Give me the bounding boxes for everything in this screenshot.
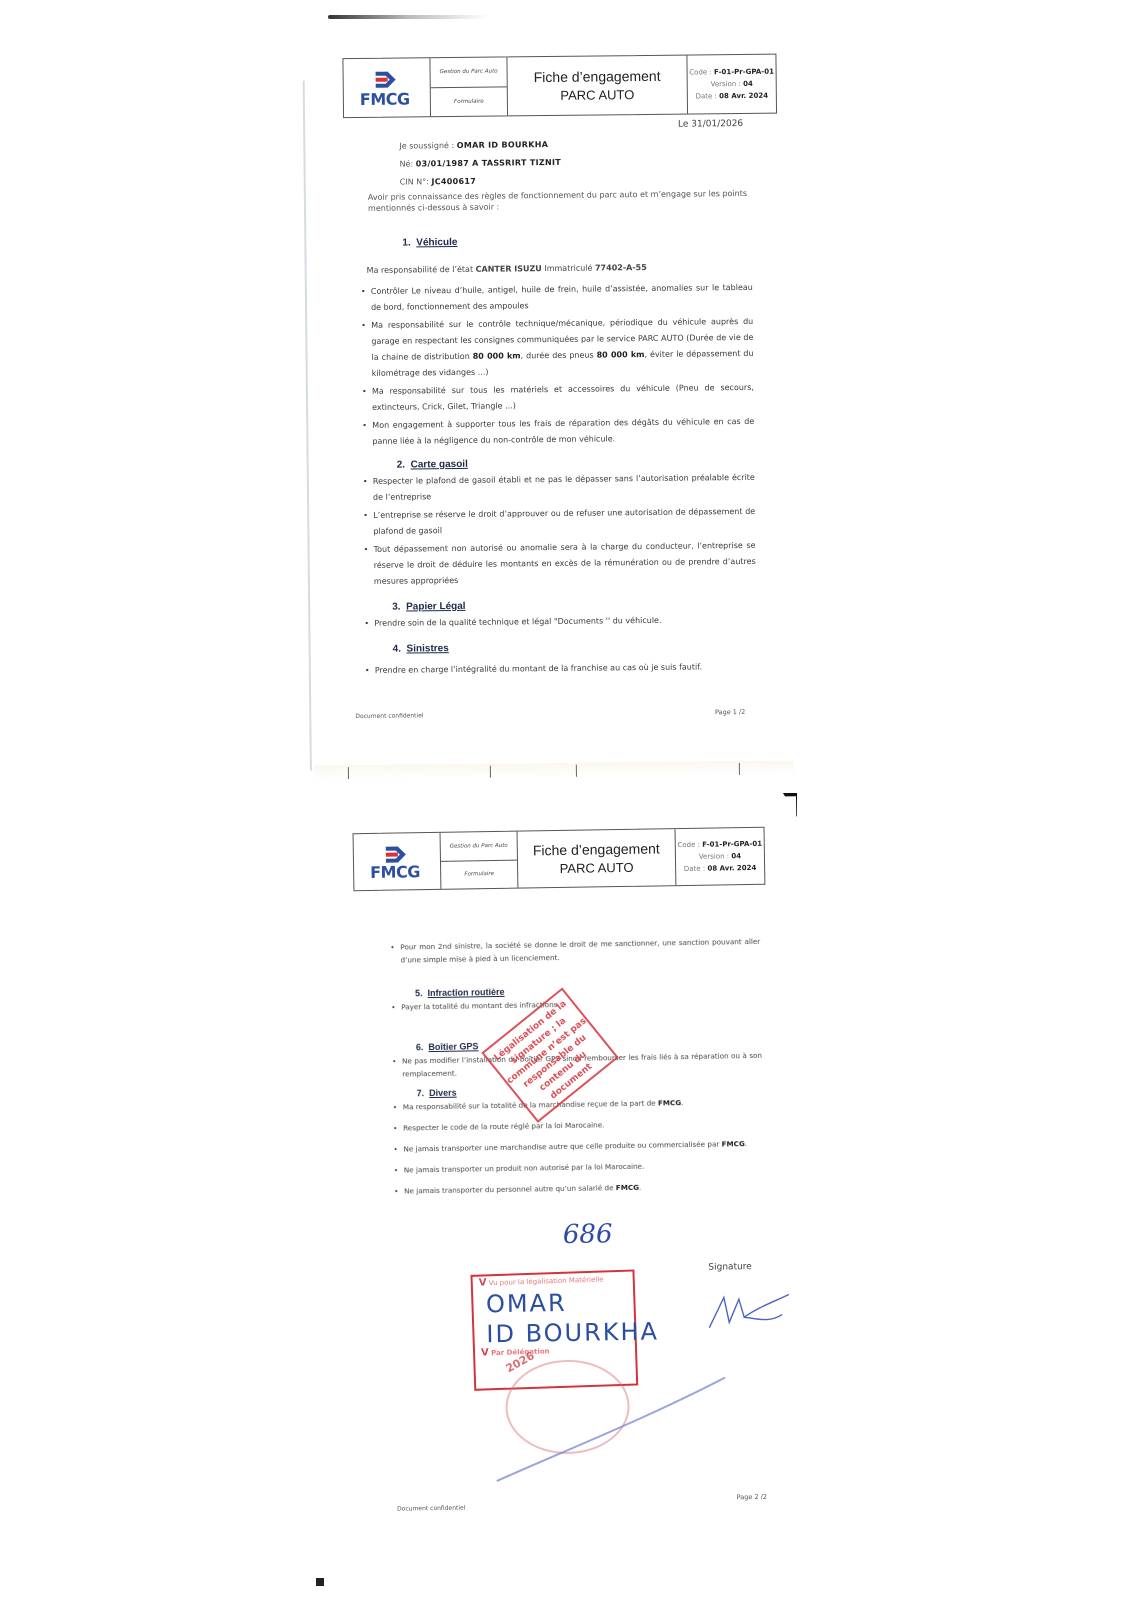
department-label: Gestion du Parc Auto	[430, 57, 506, 87]
section-7-list: Ma responsabilité sur la totalité de la …	[393, 1095, 765, 1206]
document-title: Fiche d’engagement PARC AUTO	[507, 56, 688, 116]
doc-code: F-01-Pr-GPA-01	[714, 68, 774, 77]
doc-version: 04	[743, 80, 753, 88]
document-meta: Code : F-01-Pr-GPA-01 Version : 04 Date …	[687, 55, 776, 114]
list-item: Prendre en charge l’intégralité du monta…	[365, 659, 757, 679]
list-item: L’entreprise se réserve le droit d’appro…	[363, 504, 755, 540]
footer-confidential: Document confidentiel	[397, 1505, 465, 1513]
sinistre-continuation: Pour mon 2nd sinistre, la société se don…	[390, 935, 760, 969]
footer-confidential: Document confidentiel	[355, 712, 423, 720]
document-meta: Code : F-01-Pr-GPA-01 Version : 04 Date …	[676, 828, 765, 885]
signature-label: Signature	[708, 1262, 752, 1273]
list-item: Contrôler Le niveau d’huile, antigel, hu…	[361, 280, 753, 316]
scan-edge	[303, 81, 312, 771]
intro-paragraph: Avoir pris connaissance des règles de fo…	[368, 188, 748, 214]
footer-page-number: Page 1 /2	[715, 708, 745, 716]
department-label: Gestion du Parc Auto	[441, 832, 517, 862]
section-heading-infraction: 5. Infraction routière	[415, 987, 505, 998]
brand-name: FMCG	[370, 862, 420, 882]
section-1-list: Contrôler Le niveau d’huile, antigel, hu…	[361, 280, 755, 452]
cin-number: JC400617	[431, 177, 476, 186]
section-4-list: Prendre en charge l’intégralité du monta…	[365, 659, 757, 681]
list-item: Ma responsabilité sur tous les matériels…	[362, 380, 754, 416]
page-fold-edge	[314, 760, 794, 779]
list-item: Respecter le plafond de gasoil établi et…	[363, 470, 755, 506]
birth-line: Né: 03/01/1987 A TASSRIRT TIZNIT	[399, 158, 561, 169]
list-item: Ne jamais transporter du personnel autre…	[394, 1179, 764, 1198]
section-heading-divers: 7. Divers	[417, 1088, 457, 1099]
doc-date: 08 Avr. 2024	[719, 92, 768, 101]
list-item: Prendre soin de la qualité technique et …	[364, 612, 756, 632]
signing-date: Le 31/01/2026	[678, 119, 743, 130]
section-heading-vehicule: 1. Véhicule	[402, 237, 457, 249]
vehicle-model: CANTER ISUZU	[476, 264, 542, 274]
list-item: Tout dépassement non autorisé ou anomali…	[363, 538, 755, 590]
document-header: FMCG Gestion du Parc Auto Formulaire Fic…	[353, 827, 766, 891]
employee-name: OMAR ID BOURKHA	[457, 140, 549, 150]
vehicle-plate: 77402-A-55	[595, 263, 647, 273]
company-logo: FMCG	[343, 58, 431, 117]
list-item: Pour mon 2nd sinistre, la société se don…	[390, 935, 760, 967]
soussigne-line: Je soussigné : OMAR ID BOURKHA	[399, 140, 548, 151]
list-item: Ne jamais transporter une marchandise au…	[393, 1137, 763, 1156]
footer-page-number: Page 2 /2	[737, 1493, 767, 1501]
signature-scribble	[704, 1286, 795, 1337]
doc-type-label: Formulaire	[431, 87, 507, 116]
birth-info: 03/01/1987 A TASSRIRT TIZNIT	[416, 158, 561, 169]
section-heading-sinistres: 4. Sinistres	[393, 643, 449, 655]
brand-name: FMCG	[360, 89, 410, 109]
doc-type-label: Formulaire	[441, 860, 517, 889]
vehicle-responsibility-line: Ma responsabilité de l’état CANTER ISUZU…	[367, 263, 647, 275]
document-header: FMCG Gestion du Parc Auto Formulaire Fic…	[342, 54, 777, 119]
list-item: Ne jamais transporter un produit non aut…	[394, 1158, 764, 1177]
list-item: Ma responsabilité sur le contrôle techni…	[361, 314, 754, 382]
document-page-2: FMCG Gestion du Parc Auto Formulaire Fic…	[316, 796, 808, 1563]
company-logo: FMCG	[354, 833, 442, 890]
pen-stroke	[485, 1357, 737, 1491]
section-3-list: Prendre soin de la qualité technique et …	[364, 612, 756, 634]
section-heading-boitier-gps: 6. Boîtier GPS	[416, 1041, 479, 1052]
section-heading-carte-gasoil: 2. Carte gasoil	[397, 459, 468, 471]
list-item: Respecter le code de la route réglé par …	[393, 1116, 763, 1135]
list-item: Mon engagement à supporter tous les frai…	[362, 414, 754, 450]
document-page-1: FMCG Gestion du Parc Auto Formulaire Fic…	[306, 16, 794, 781]
section-2-list: Respecter le plafond de gasoil établi et…	[363, 470, 756, 592]
scan-artifact	[316, 1578, 324, 1586]
section-heading-papier-legal: 3. Papier Légal	[392, 601, 465, 613]
handwritten-name: OMAR ID BOURKHA	[486, 1287, 659, 1350]
cin-line: CIN N°: JC400617	[400, 177, 476, 187]
fmcg-arrow-icon	[374, 69, 402, 91]
handwritten-number: 686	[563, 1219, 613, 1250]
document-title: Fiche d’engagement PARC AUTO	[518, 829, 677, 887]
